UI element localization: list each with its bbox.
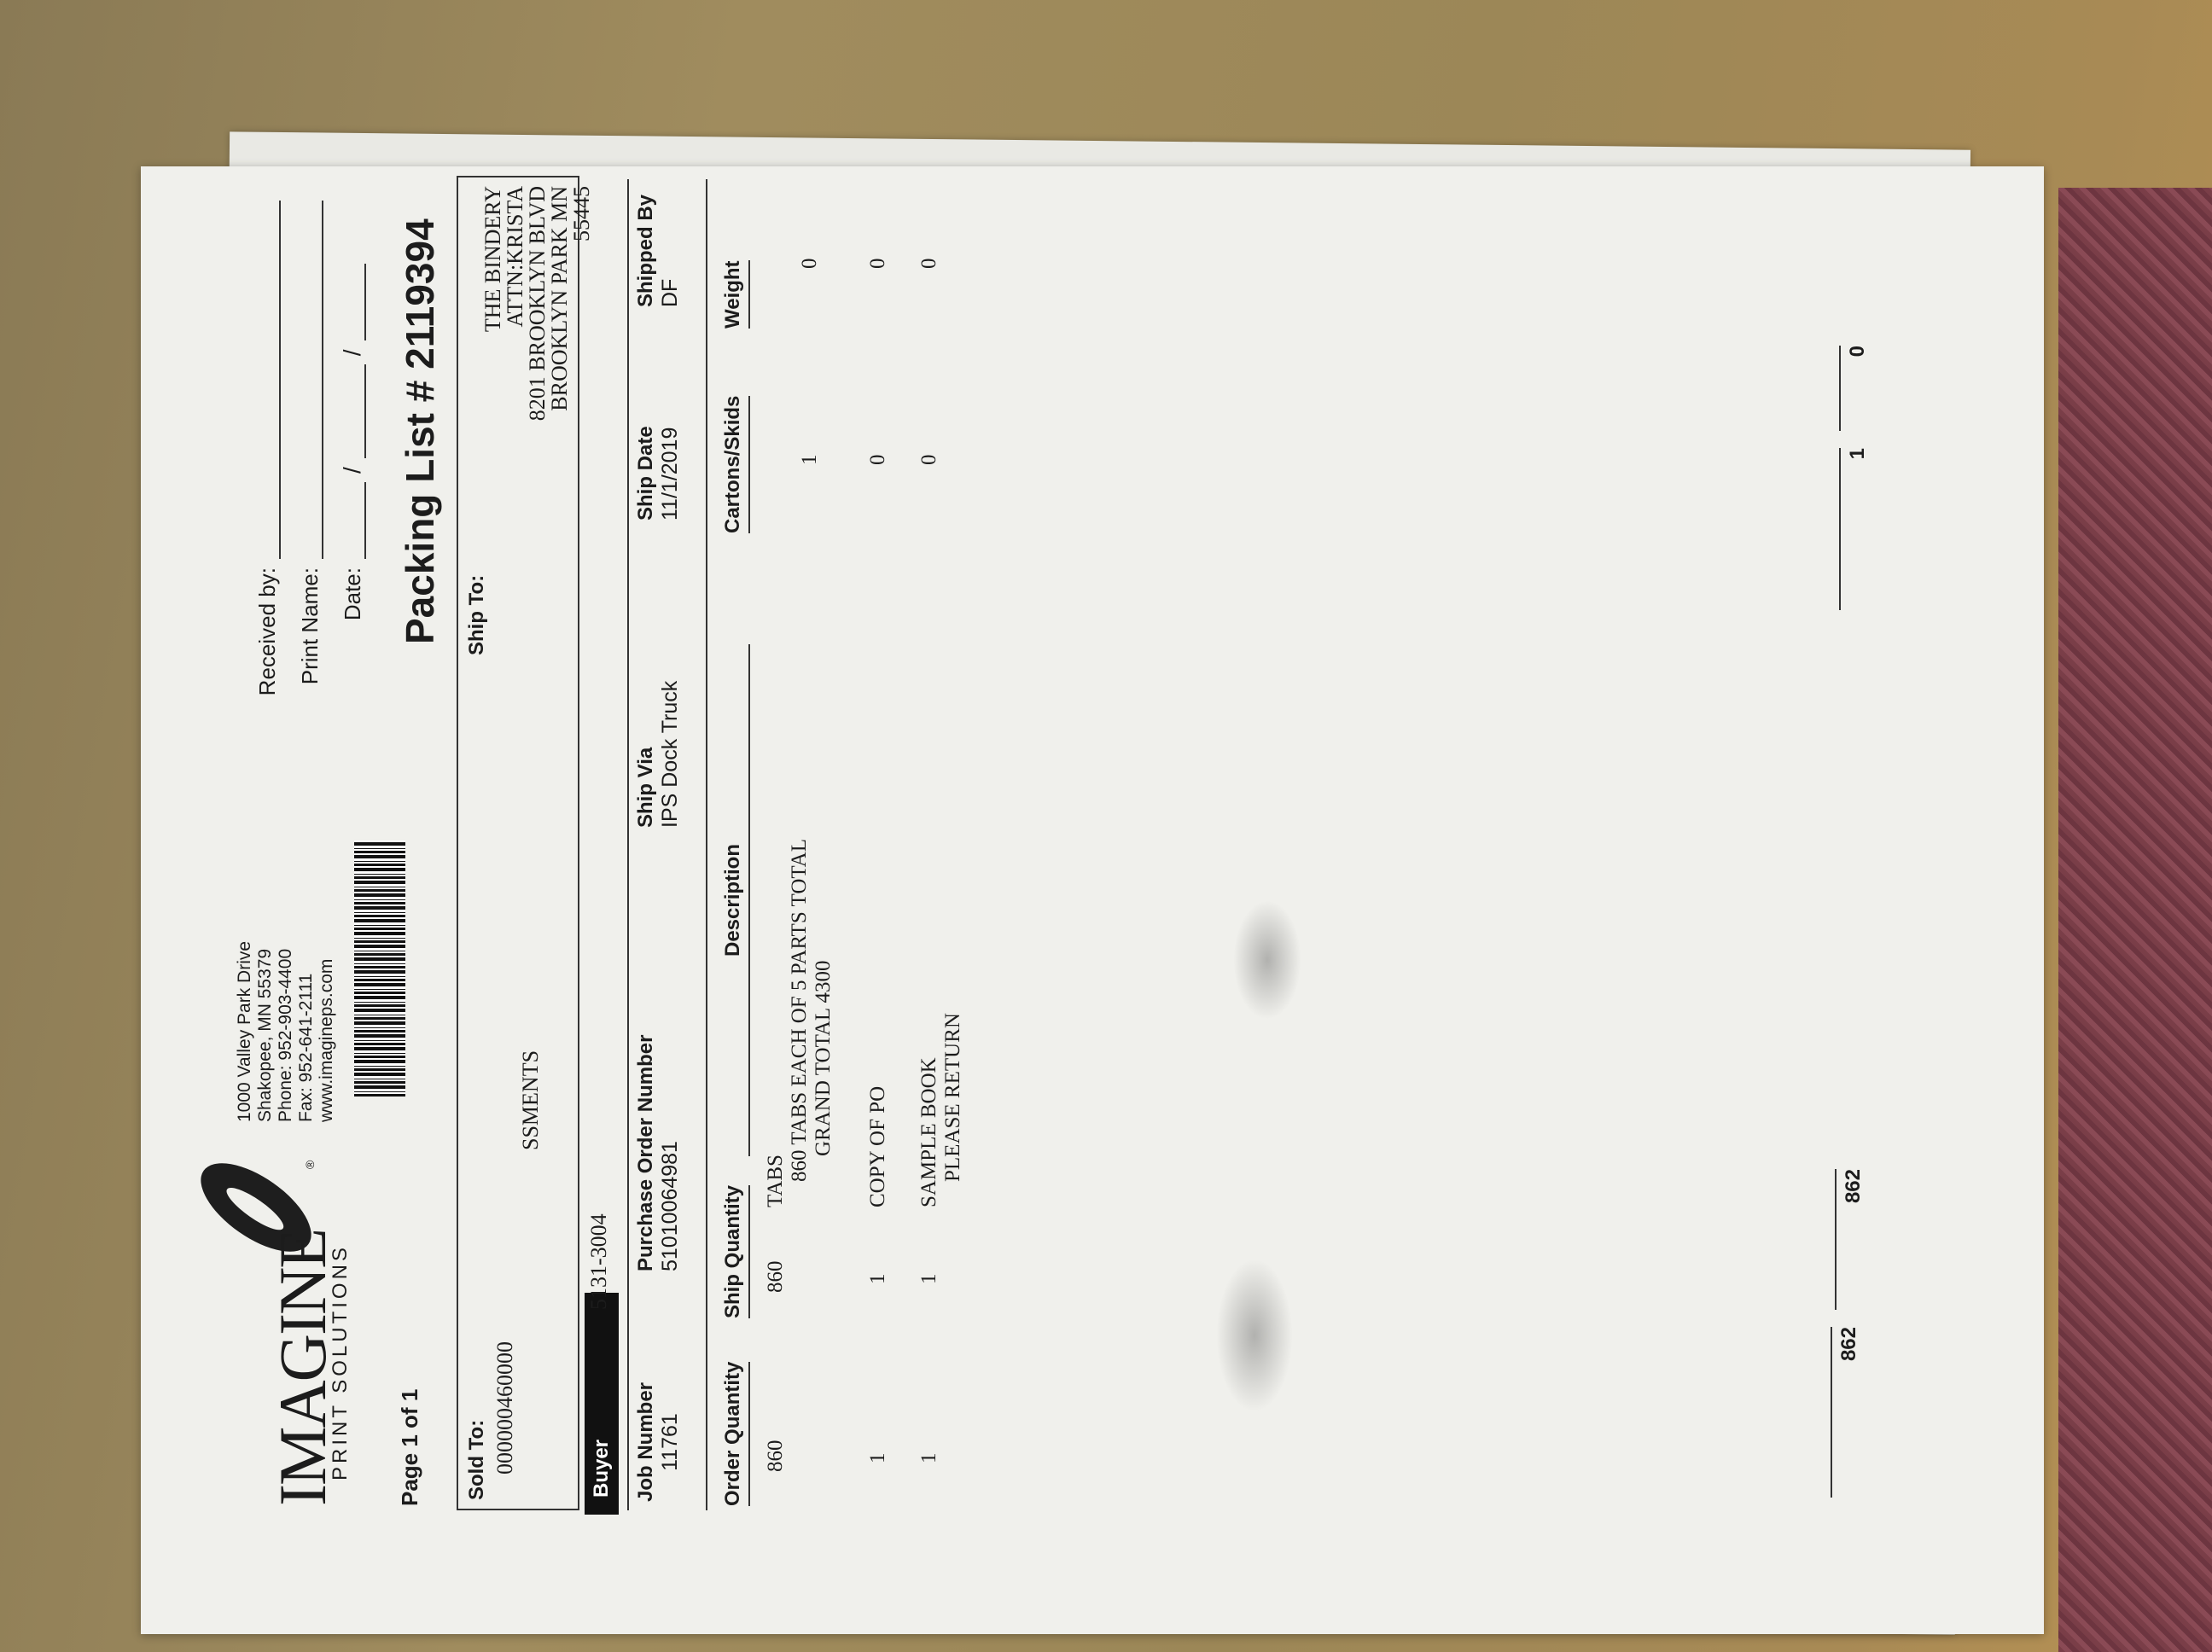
address-line: Shakopee, MN 55379 <box>255 941 276 1122</box>
sold-to-label: Sold To: <box>465 1420 489 1500</box>
description-header: Description <box>721 644 750 1156</box>
job-number: Job Number 11761 <box>634 1382 683 1502</box>
ship-qty-cell: 860 <box>764 1261 788 1294</box>
order-qty-total: 862 <box>1831 1327 1861 1498</box>
ship-to-address: THE BINDERY ATTN:KRISTA 8201 BROOKLYN BL… <box>482 186 593 468</box>
barcode <box>354 841 405 1096</box>
website-line: www.imagineps.com <box>317 941 337 1122</box>
weight-total-value: 0 <box>1846 346 1869 357</box>
weight-cell: 0 <box>917 259 941 270</box>
description-line: 860 TABS EACH OF 5 PARTS TOTAL <box>788 839 812 1207</box>
ship-qty-total: 862 <box>1835 1169 1866 1310</box>
fax-line: Fax: 952-641-2111 <box>296 941 317 1122</box>
ship-to-label: Ship To: <box>465 575 489 655</box>
ship-qty-cell: 1 <box>866 1274 890 1285</box>
divider <box>706 179 707 1510</box>
ship-date-header: Ship Date <box>634 426 658 521</box>
date-day-field[interactable] <box>363 364 366 458</box>
ink-smudge <box>1216 1259 1293 1412</box>
ship-qty-cell: 1 <box>917 1274 941 1285</box>
description-cell: TABS 860 TABS EACH OF 5 PARTS TOTAL GRAN… <box>764 839 835 1207</box>
signature-block: Received by: Print Name: Date: / / <box>243 201 366 755</box>
ship-date-value: 11/1/2019 <box>658 426 683 521</box>
description-line: PLEASE RETURN <box>941 1013 965 1207</box>
description-line: SAMPLE BOOK <box>917 1013 941 1207</box>
order-qty-cell: 1 <box>866 1453 890 1464</box>
weight-header: Weight <box>721 260 750 329</box>
ship-via-header: Ship Via <box>634 681 658 828</box>
date-separator: / <box>339 349 366 356</box>
cartons-total-value: 1 <box>1846 448 1869 459</box>
packing-list-page: IMAGINE PRINT SOLUTIONS ® 1000 Valley Pa… <box>141 166 2044 1634</box>
po-number-header: Purchase Order Number <box>634 1035 658 1271</box>
po-number: Purchase Order Number 51010064981 <box>634 1035 683 1271</box>
order-quantity-header: Order Quantity <box>721 1362 750 1506</box>
registered-mark: ® <box>303 1160 317 1169</box>
weight-total: 0 <box>1839 346 1870 431</box>
ship-date: Ship Date 11/1/2019 <box>634 426 683 521</box>
ship-via: Ship Via IPS Dock Truck <box>634 681 683 828</box>
company-address: 1000 Valley Park Drive Shakopee, MN 5537… <box>235 941 337 1122</box>
order-qty-cell: 860 <box>764 1440 788 1473</box>
ship-to-line: 8201 BROOKLYN BLVD <box>527 186 549 468</box>
weight-cell: 0 <box>866 259 890 270</box>
shipped-by-value: DF <box>658 195 683 307</box>
company-logo: IMAGINE PRINT SOLUTIONS ® <box>201 1165 354 1506</box>
packing-list-title: Packing List # 2119394 <box>397 218 443 644</box>
order-qty-total-value: 862 <box>1837 1327 1860 1361</box>
address-box: Sold To: 000000460000 SSMENTS Ship To: T… <box>457 176 579 1510</box>
description-cell: COPY OF PO <box>866 1086 890 1207</box>
order-qty-cell: 1 <box>917 1453 941 1464</box>
job-number-value: 11761 <box>658 1382 683 1502</box>
print-name-field[interactable] <box>320 201 323 559</box>
page-indicator: Page 1 of 1 <box>397 1389 423 1506</box>
sold-to-name: SSMENTS <box>518 1050 544 1150</box>
phone-line: Phone: 952-903-4400 <box>276 941 296 1122</box>
weight-cell: 0 <box>798 259 822 270</box>
buyer-phone: 5131-3004 <box>586 1213 612 1310</box>
ship-quantity-header: Ship Quantity <box>721 1185 750 1318</box>
divider <box>627 179 629 1510</box>
sold-to-account: 000000460000 <box>492 1341 518 1475</box>
logo-subtitle: PRINT SOLUTIONS <box>329 1244 352 1480</box>
ship-via-value: IPS Dock Truck <box>658 681 683 828</box>
print-name-label: Print Name: <box>297 567 323 755</box>
shipped-by: Shipped By DF <box>634 195 683 307</box>
ship-to-line: THE BINDERY <box>482 186 504 468</box>
cartons-total: 1 <box>1839 448 1870 610</box>
address-line: 1000 Valley Park Drive <box>235 941 255 1122</box>
received-by-field[interactable] <box>277 201 281 559</box>
fabric-background <box>2058 188 2212 1652</box>
date-month-field[interactable] <box>363 482 366 559</box>
description-line: GRAND TOTAL 4300 <box>812 839 835 1207</box>
ship-qty-total-value: 862 <box>1842 1169 1865 1203</box>
cartons-cell: 0 <box>866 455 890 466</box>
date-label: Date: <box>340 567 366 755</box>
date-year-field[interactable] <box>363 264 366 340</box>
description-line: TABS <box>764 839 788 1207</box>
cartons-cell: 1 <box>798 455 822 466</box>
job-number-header: Job Number <box>634 1382 658 1502</box>
ink-smudge <box>1233 900 1301 1020</box>
date-separator: / <box>339 467 366 474</box>
shipped-by-header: Shipped By <box>634 195 658 307</box>
shipment-info: Job Number 11761 Purchase Order Number 5… <box>634 179 702 1510</box>
po-number-value: 51010064981 <box>658 1035 683 1271</box>
buyer-label: Buyer <box>585 1293 619 1515</box>
ship-to-line: BROOKLYN PARK MN 55445 <box>549 186 593 468</box>
cartons-header: Cartons/Skids <box>721 396 750 533</box>
description-cell: SAMPLE BOOK PLEASE RETURN <box>917 1013 965 1207</box>
cartons-cell: 0 <box>917 455 941 466</box>
packing-list-sheet: IMAGINE PRINT SOLUTIONS ® 1000 Valley Pa… <box>141 166 2044 1634</box>
received-by-label: Received by: <box>254 567 281 755</box>
ship-to-line: ATTN:KRISTA <box>504 186 527 468</box>
